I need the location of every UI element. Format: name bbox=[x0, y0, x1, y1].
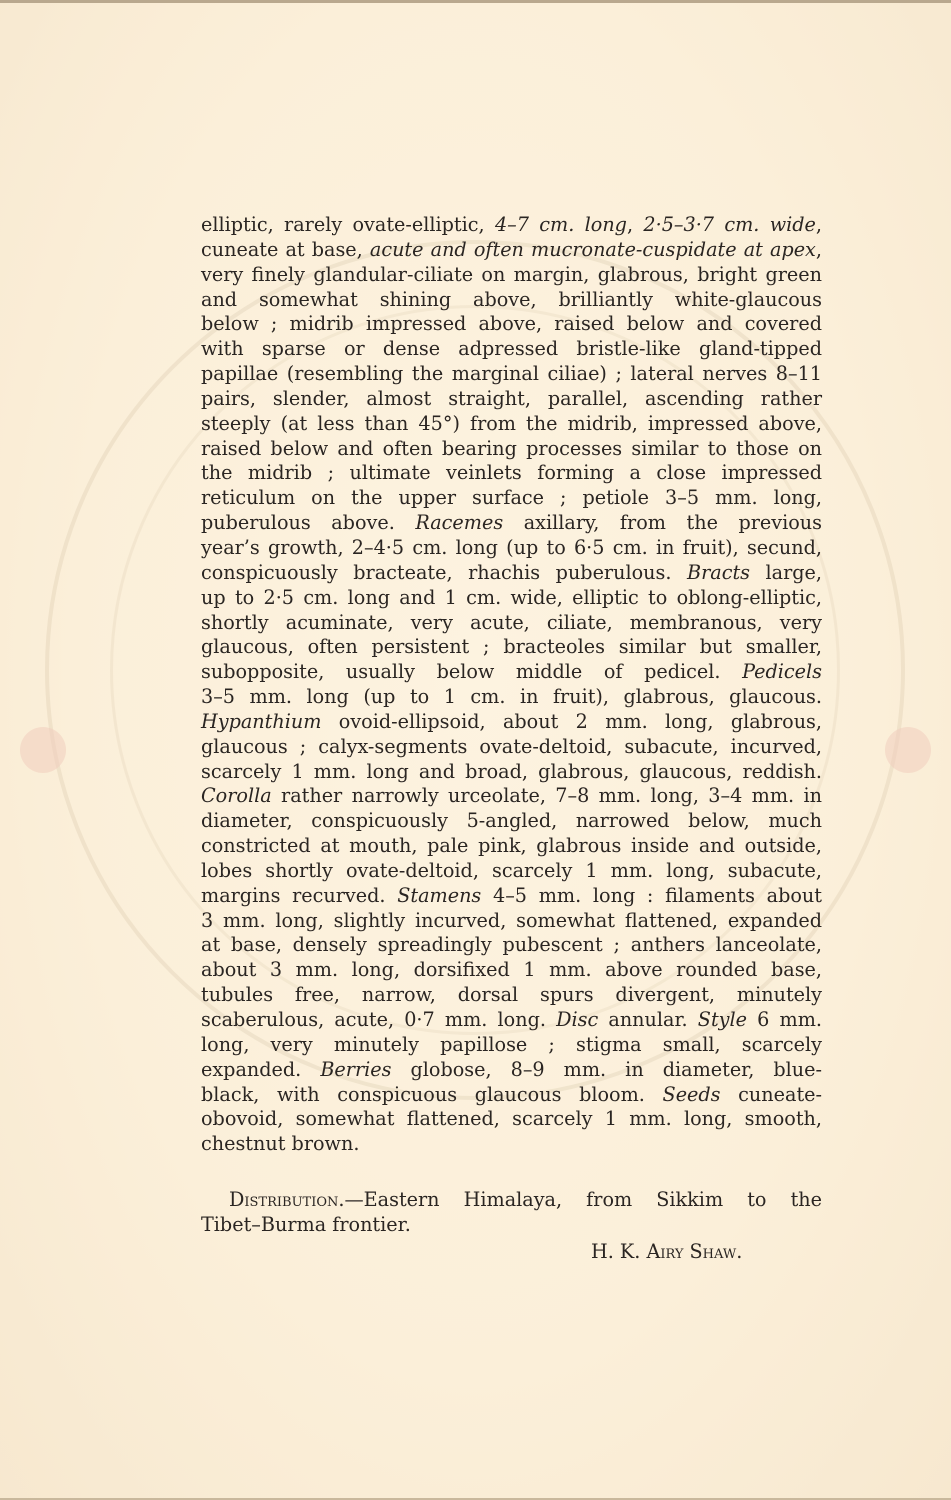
distribution-line-1: Distribution.—Eastern Himalaya, from Sik… bbox=[201, 1188, 822, 1213]
text-segment: obovoid, somewhat flattened, scarcely 1 … bbox=[201, 1107, 822, 1130]
text-segment: at base, densely spreadingly pubescent ;… bbox=[201, 933, 822, 956]
italic-term: Corolla bbox=[201, 784, 272, 807]
text-line: reticulum on the upper surface ; petiole… bbox=[201, 486, 822, 511]
text-line: tubules free, narrow, dorsal spurs diver… bbox=[201, 983, 822, 1008]
text-line: chestnut brown. bbox=[201, 1132, 822, 1157]
page-background: elliptic, rarely ovate-elliptic, 4–7 cm.… bbox=[0, 0, 951, 1500]
text-segment: and somewhat shining above, brilliantly … bbox=[201, 288, 822, 311]
text-segment: , bbox=[627, 213, 643, 236]
text-line: margins recurved. Stamens 4–5 mm. long :… bbox=[201, 884, 822, 909]
text-segment: constricted at mouth, pale pink, glabrou… bbox=[201, 834, 822, 857]
text-segment: tubules free, narrow, dorsal spurs diver… bbox=[201, 983, 822, 1006]
text-segment: raised below and often bearing processes… bbox=[201, 437, 822, 460]
text-segment: , bbox=[816, 213, 822, 236]
text-segment: diameter, conspicuously 5-angled, narrow… bbox=[201, 809, 822, 832]
text-line: pairs, slender, almost straight, paralle… bbox=[201, 387, 822, 412]
text-line: steeply (at less than 45°) from the midr… bbox=[201, 412, 822, 437]
text-segment: pairs, slender, almost straight, paralle… bbox=[201, 387, 822, 410]
text-segment: 6 mm. bbox=[747, 1008, 822, 1031]
text-line: 3–5 mm. long (up to 1 cm. in fruit), gla… bbox=[201, 685, 822, 710]
distribution-paragraph: Distribution.—Eastern Himalaya, from Sik… bbox=[201, 1188, 822, 1238]
text-line: raised below and often bearing processes… bbox=[201, 437, 822, 462]
text-segment: 3 mm. long, slightly incurved, somewhat … bbox=[201, 909, 822, 932]
text-segment: below ; midrib impressed above, raised b… bbox=[201, 312, 822, 335]
text-segment: cuneate- bbox=[721, 1083, 822, 1106]
italic-term: Racemes bbox=[415, 511, 503, 534]
text-line: up to 2·5 cm. long and 1 cm. wide, ellip… bbox=[201, 586, 822, 611]
distribution-text: —Eastern Himalaya, from Sikkim to the bbox=[344, 1188, 822, 1211]
italic-term: 2·5–3·7 cm. wide bbox=[643, 213, 816, 236]
text-segment: reticulum on the upper surface ; petiole… bbox=[201, 486, 822, 509]
text-segment: 3–5 mm. long (up to 1 cm. in fruit), gla… bbox=[201, 685, 822, 708]
italic-term: Disc bbox=[556, 1008, 598, 1031]
text-line: Corolla rather narrowly urceolate, 7–8 m… bbox=[201, 784, 822, 809]
text-segment: scarcely 1 mm. long and broad, glabrous,… bbox=[201, 760, 822, 783]
text-line: glaucous ; calyx-segments ovate-deltoid,… bbox=[201, 735, 822, 760]
text-line: and somewhat shining above, brilliantly … bbox=[201, 288, 822, 313]
italic-term: Style bbox=[698, 1008, 747, 1031]
text-line: long, very minutely papillose ; stigma s… bbox=[201, 1033, 822, 1058]
text-segment: globose, 8–9 mm. in diameter, blue- bbox=[391, 1058, 822, 1081]
text-segment: puberulous above. bbox=[201, 511, 415, 534]
text-segment: scaberulous, acute, 0·7 mm. long. bbox=[201, 1008, 556, 1031]
text-line: shortly acuminate, very acute, ciliate, … bbox=[201, 611, 822, 636]
text-segment: annular. bbox=[598, 1008, 698, 1031]
text-line: papillae (resembling the marginal ciliae… bbox=[201, 362, 822, 387]
italic-term: Bracts bbox=[687, 561, 750, 584]
text-segment: year’s growth, 2–4·5 cm. long (up to 6·5… bbox=[201, 536, 822, 559]
text-segment: up to 2·5 cm. long and 1 cm. wide, ellip… bbox=[201, 586, 822, 609]
text-line: year’s growth, 2–4·5 cm. long (up to 6·5… bbox=[201, 536, 822, 561]
italic-term: Pedicels bbox=[742, 660, 822, 683]
text-line: glaucous, often persistent ; bracteoles … bbox=[201, 635, 822, 660]
text-segment: cuneate at base, bbox=[201, 238, 370, 261]
text-line: cuneate at base, acute and often mucrona… bbox=[201, 238, 822, 263]
text-segment: expanded. bbox=[201, 1058, 320, 1081]
text-line: elliptic, rarely ovate-elliptic, 4–7 cm.… bbox=[201, 213, 822, 238]
text-segment: long, very minutely papillose ; stigma s… bbox=[201, 1033, 822, 1056]
text-segment: , bbox=[816, 238, 822, 261]
text-line: constricted at mouth, pale pink, glabrou… bbox=[201, 834, 822, 859]
text-segment: 4–5 mm. long : filaments about bbox=[481, 884, 822, 907]
italic-term: acute and often mucronate-cuspidate at a… bbox=[370, 238, 816, 261]
watermark-dot-left bbox=[20, 727, 66, 773]
text-line: puberulous above. Racemes axillary, from… bbox=[201, 511, 822, 536]
distribution-heading: Distribution. bbox=[229, 1188, 344, 1211]
text-segment: subopposite, usually below middle of ped… bbox=[201, 660, 742, 683]
text-line: about 3 mm. long, dorsifixed 1 mm. above… bbox=[201, 958, 822, 983]
text-segment: very finely glandular-ciliate on margin,… bbox=[201, 263, 822, 286]
text-line: conspicuously bracteate, rhachis puberul… bbox=[201, 561, 822, 586]
text-line: 3 mm. long, slightly incurved, somewhat … bbox=[201, 909, 822, 934]
page-top-edge bbox=[0, 0, 951, 3]
text-line: the midrib ; ultimate veinlets forming a… bbox=[201, 461, 822, 486]
text-line: at base, densely spreadingly pubescent ;… bbox=[201, 933, 822, 958]
text-line: black, with conspicuous glaucous bloom. … bbox=[201, 1083, 822, 1108]
text-segment: with sparse or dense adpressed bristle-l… bbox=[201, 337, 822, 360]
text-segment: conspicuously bracteate, rhachis puberul… bbox=[201, 561, 687, 584]
text-segment: about 3 mm. long, dorsifixed 1 mm. above… bbox=[201, 958, 822, 981]
text-line: subopposite, usually below middle of ped… bbox=[201, 660, 822, 685]
text-line: Hypanthium ovoid-ellipsoid, about 2 mm. … bbox=[201, 710, 822, 735]
text-segment: ovoid-ellipsoid, about 2 mm. long, glabr… bbox=[321, 710, 822, 733]
author-signature: H. K. Airy Shaw. bbox=[591, 1240, 742, 1265]
text-segment: chestnut brown. bbox=[201, 1132, 359, 1155]
text-line: very finely glandular-ciliate on margin,… bbox=[201, 263, 822, 288]
watermark-dot-right bbox=[885, 727, 931, 773]
species-description: elliptic, rarely ovate-elliptic, 4–7 cm.… bbox=[201, 213, 822, 1157]
text-segment: margins recurved. bbox=[201, 884, 397, 907]
distribution-line-2: Tibet–Burma frontier. bbox=[201, 1213, 822, 1238]
text-line: scaberulous, acute, 0·7 mm. long. Disc a… bbox=[201, 1008, 822, 1033]
text-line: expanded. Berries globose, 8–9 mm. in di… bbox=[201, 1058, 822, 1083]
text-segment: large, bbox=[750, 561, 822, 584]
text-segment: papillae (resembling the marginal ciliae… bbox=[201, 362, 822, 385]
text-segment: axillary, from the previous bbox=[503, 511, 822, 534]
text-segment: glaucous ; calyx-segments ovate-deltoid,… bbox=[201, 735, 822, 758]
text-segment: rather narrowly urceolate, 7–8 mm. long,… bbox=[272, 784, 822, 807]
italic-term: Hypanthium bbox=[201, 710, 321, 733]
text-segment: elliptic, rarely ovate-elliptic, bbox=[201, 213, 495, 236]
italic-term: 4–7 cm. long bbox=[495, 213, 627, 236]
text-line: scarcely 1 mm. long and broad, glabrous,… bbox=[201, 760, 822, 785]
text-segment: lobes shortly ovate-deltoid, scarcely 1 … bbox=[201, 859, 822, 882]
text-segment: black, with conspicuous glaucous bloom. bbox=[201, 1083, 663, 1106]
text-segment: steeply (at less than 45°) from the midr… bbox=[201, 412, 822, 435]
text-line: with sparse or dense adpressed bristle-l… bbox=[201, 337, 822, 362]
text-line: lobes shortly ovate-deltoid, scarcely 1 … bbox=[201, 859, 822, 884]
text-line: below ; midrib impressed above, raised b… bbox=[201, 312, 822, 337]
italic-term: Stamens bbox=[397, 884, 481, 907]
text-line: obovoid, somewhat flattened, scarcely 1 … bbox=[201, 1107, 822, 1132]
text-line: diameter, conspicuously 5-angled, narrow… bbox=[201, 809, 822, 834]
text-segment: shortly acuminate, very acute, ciliate, … bbox=[201, 611, 822, 634]
text-segment: glaucous, often persistent ; bracteoles … bbox=[201, 635, 822, 658]
italic-term: Berries bbox=[320, 1058, 391, 1081]
italic-term: Seeds bbox=[663, 1083, 721, 1106]
text-segment: the midrib ; ultimate veinlets forming a… bbox=[201, 461, 822, 484]
